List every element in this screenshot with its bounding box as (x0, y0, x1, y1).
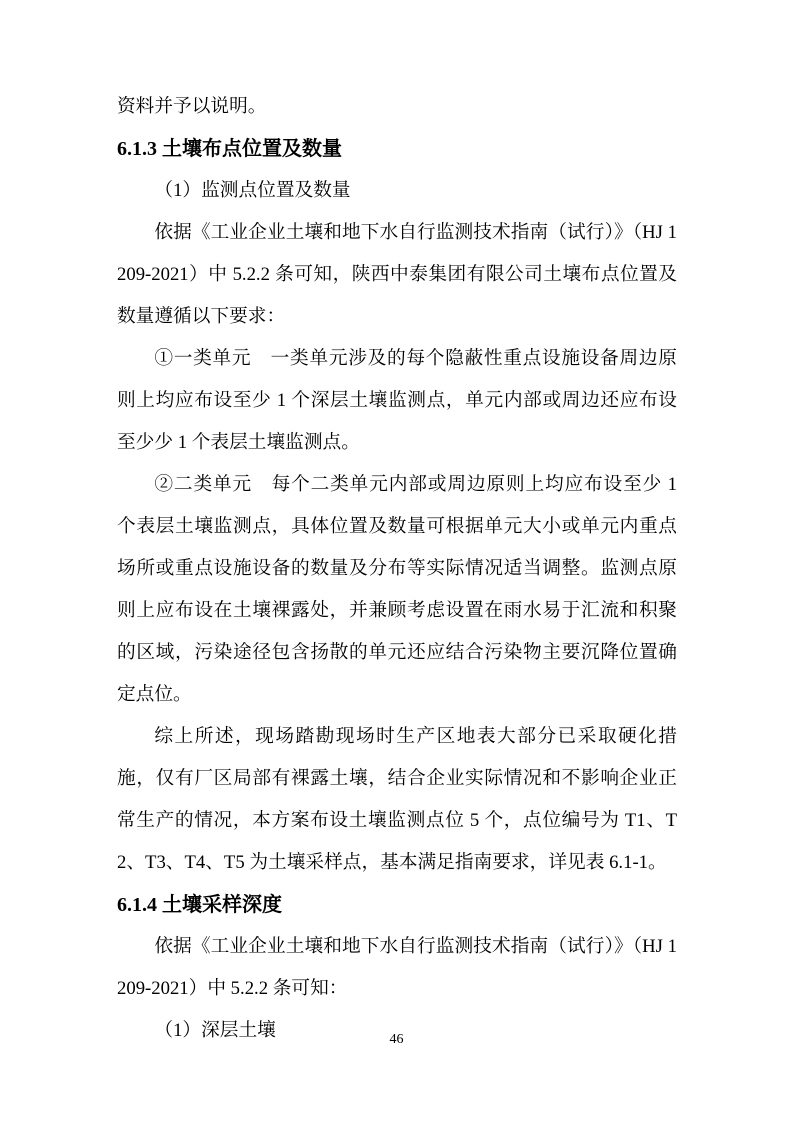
paragraph-continuation: 资料并予以说明。 (117, 86, 677, 128)
paragraph-summary: 综上所述，现场踏勘现场时生产区地表大部分已采取硬化措施，仅有厂区局部有裸露土壤，… (117, 716, 677, 884)
paragraph-guideline-reference: 依据《工业企业土壤和地下水自行监测技术指南（试行）》（HJ 1209-2021）… (117, 212, 677, 338)
page-number: 46 (0, 1031, 793, 1049)
document-page: 资料并予以说明。 6.1.3 土壤布点位置及数量 （1）监测点位置及数量 依据《… (0, 0, 793, 1122)
page-body: 资料并予以说明。 6.1.3 土壤布点位置及数量 （1）监测点位置及数量 依据《… (117, 86, 677, 1052)
section-heading-6-1-4: 6.1.4 土壤采样深度 (117, 884, 677, 926)
paragraph-unit-type-1: ①一类单元 一类单元涉及的每个隐蔽性重点设施设备周边原则上均应布设至少 1 个深… (117, 338, 677, 464)
paragraph-monitoring-point-subtitle: （1）监测点位置及数量 (117, 170, 677, 212)
paragraph-guideline-reference-2: 依据《工业企业土壤和地下水自行监测技术指南（试行）》（HJ 1209-2021）… (117, 926, 677, 1010)
paragraph-unit-type-2: ②二类单元 每个二类单元内部或周边原则上均应布设至少 1 个表层土壤监测点，具体… (117, 464, 677, 716)
section-heading-6-1-3: 6.1.3 土壤布点位置及数量 (117, 128, 677, 170)
